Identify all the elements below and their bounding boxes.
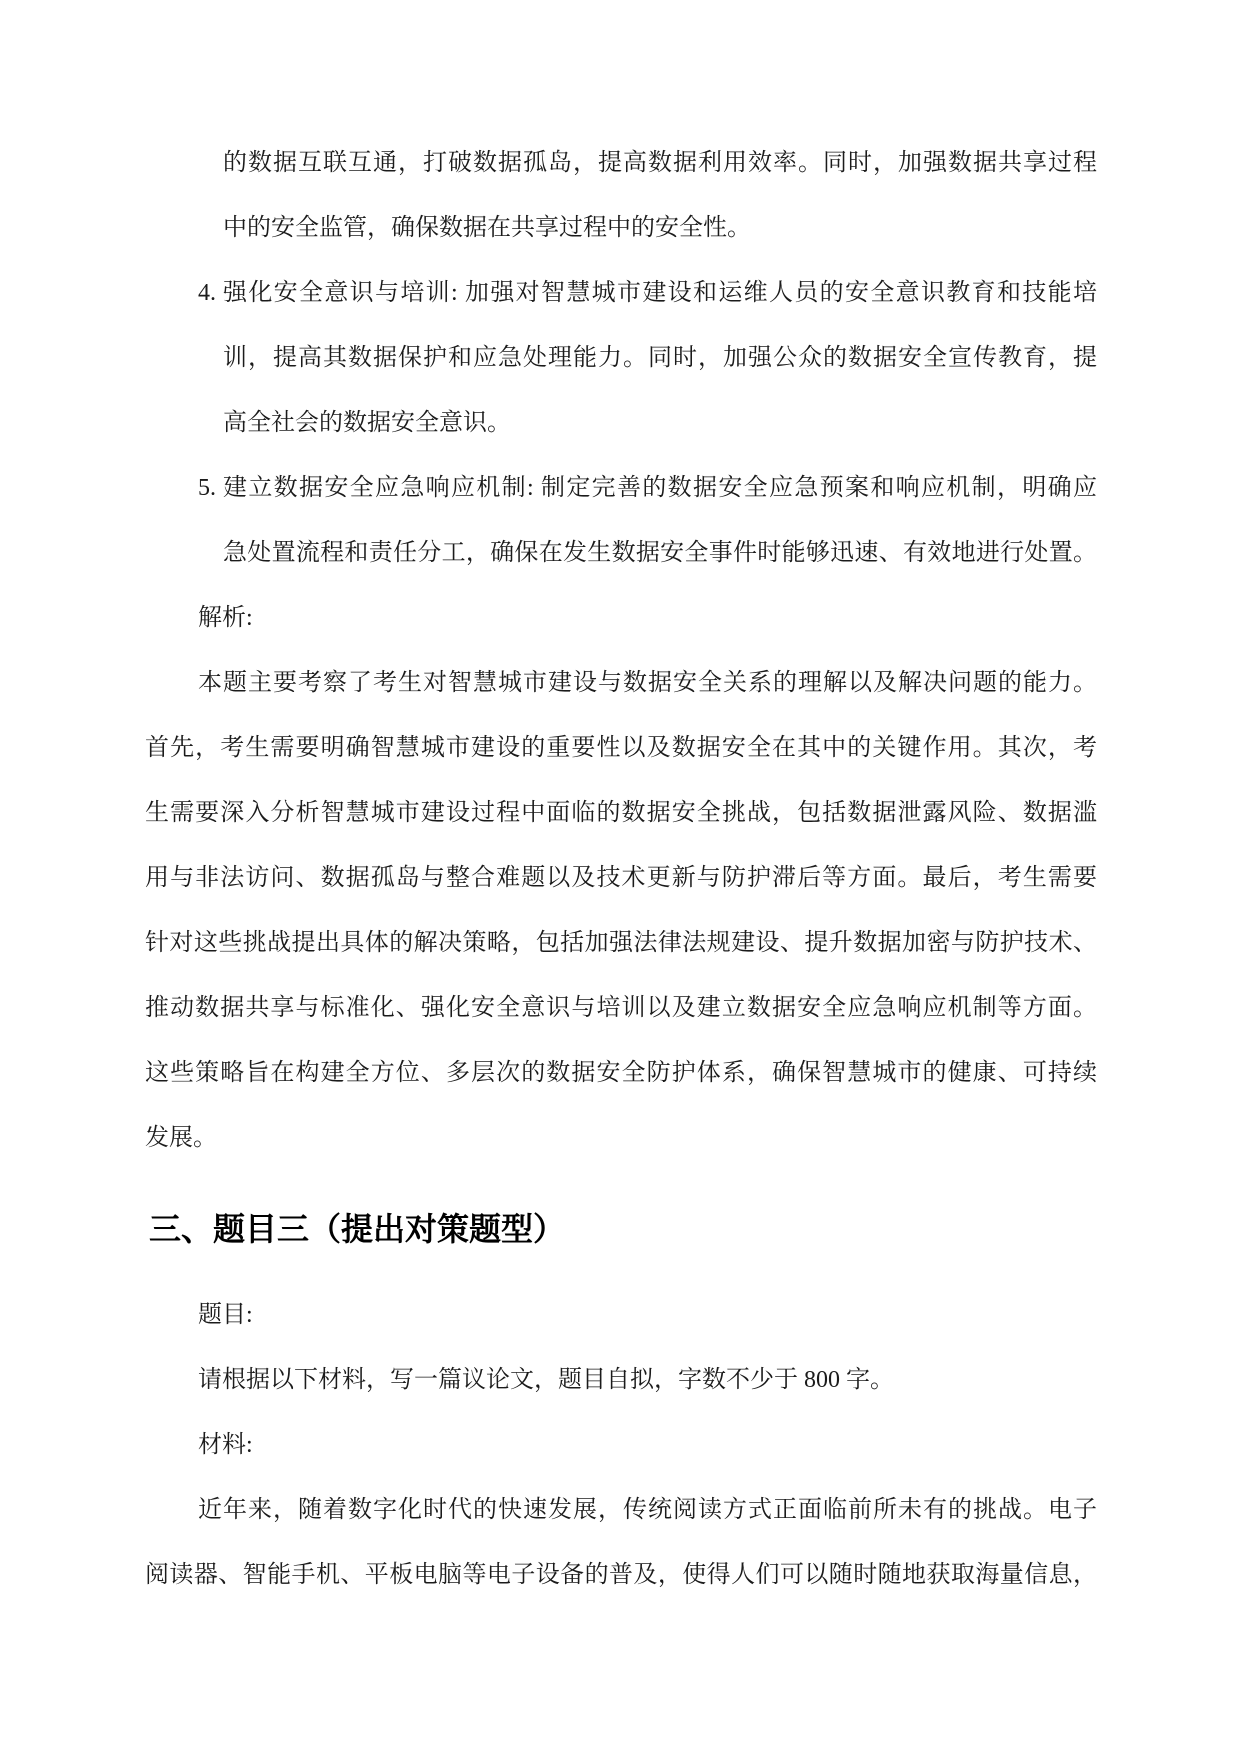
text-line: 本题主要考察了考生对智慧城市建设与数据安全关系的理解以及解决问题的能力。 (145, 651, 1097, 716)
text-line: 的数据互联互通，打破数据孤岛，提高数据利用效率。同时，加强数据共享过程 (145, 131, 1097, 196)
text-line: 阅读器、智能手机、平板电脑等电子设备的普及，使得人们可以随时随地获取海量信息， (145, 1543, 1097, 1608)
text-line: 发展。 (145, 1106, 1097, 1171)
list-number: 4. (198, 261, 216, 326)
text-line: 训，提高其数据保护和应急处理能力。同时，加强公众的数据安全宣传教育，提 (145, 326, 1097, 391)
text-line: 急处置流程和责任分工，确保在发生数据安全事件时能够迅速、有效地进行处置。 (145, 521, 1097, 586)
text-line: 针对这些挑战提出具体的解决策略，包括加强法律法规建设、提升数据加密与防护技术、 (145, 911, 1097, 976)
document-body: 的数据互联互通，打破数据孤岛，提高数据利用效率。同时，加强数据共享过程 中的安全… (145, 131, 1097, 1608)
text-line: 用与非法访问、数据孤岛与整合难题以及技术更新与防护滞后等方面。最后，考生需要 (145, 846, 1097, 911)
question-text: 请根据以下材料，写一篇议论文，题目自拟，字数不少于 800 字。 (145, 1348, 1097, 1413)
material-label: 材料: (145, 1413, 1097, 1478)
list-item-4-line: 4.强化安全意识与培训: 加强对智慧城市建设和运维人员的安全意识教育和技能培 (145, 261, 1097, 326)
text-line: 首先，考生需要明确智慧城市建设的重要性以及数据安全在其中的关键作用。其次，考 (145, 716, 1097, 781)
list-number: 5. (198, 456, 216, 521)
text-line: 生需要深入分析智慧城市建设过程中面临的数据安全挑战，包括数据泄露风险、数据滥 (145, 781, 1097, 846)
analysis-label: 解析: (145, 586, 1097, 651)
list-item-text: 建立数据安全应急响应机制: 制定完善的数据安全应急预案和响应机制，明确应 (223, 475, 1097, 501)
text-line: 高全社会的数据安全意识。 (145, 391, 1097, 456)
question-label: 题目: (145, 1283, 1097, 1348)
text-line: 这些策略旨在构建全方位、多层次的数据安全防护体系，确保智慧城市的健康、可持续 (145, 1041, 1097, 1106)
list-item-5-line: 5.建立数据安全应急响应机制: 制定完善的数据安全应急预案和响应机制，明确应 (145, 456, 1097, 521)
text-line: 中的安全监管，确保数据在共享过程中的安全性。 (145, 196, 1097, 261)
text-line: 近年来，随着数字化时代的快速发展，传统阅读方式正面临前所未有的挑战。电子 (145, 1478, 1097, 1543)
section-heading: 三、题目三（提出对策题型） (145, 1171, 1097, 1283)
list-item-text: 强化安全意识与培训: 加强对智慧城市建设和运维人员的安全意识教育和技能培 (223, 280, 1097, 306)
document-page: 的数据互联互通，打破数据孤岛，提高数据利用效率。同时，加强数据共享过程 中的安全… (0, 0, 1241, 1754)
text-line: 推动数据共享与标准化、强化安全意识与培训以及建立数据安全应急响应机制等方面。 (145, 976, 1097, 1041)
